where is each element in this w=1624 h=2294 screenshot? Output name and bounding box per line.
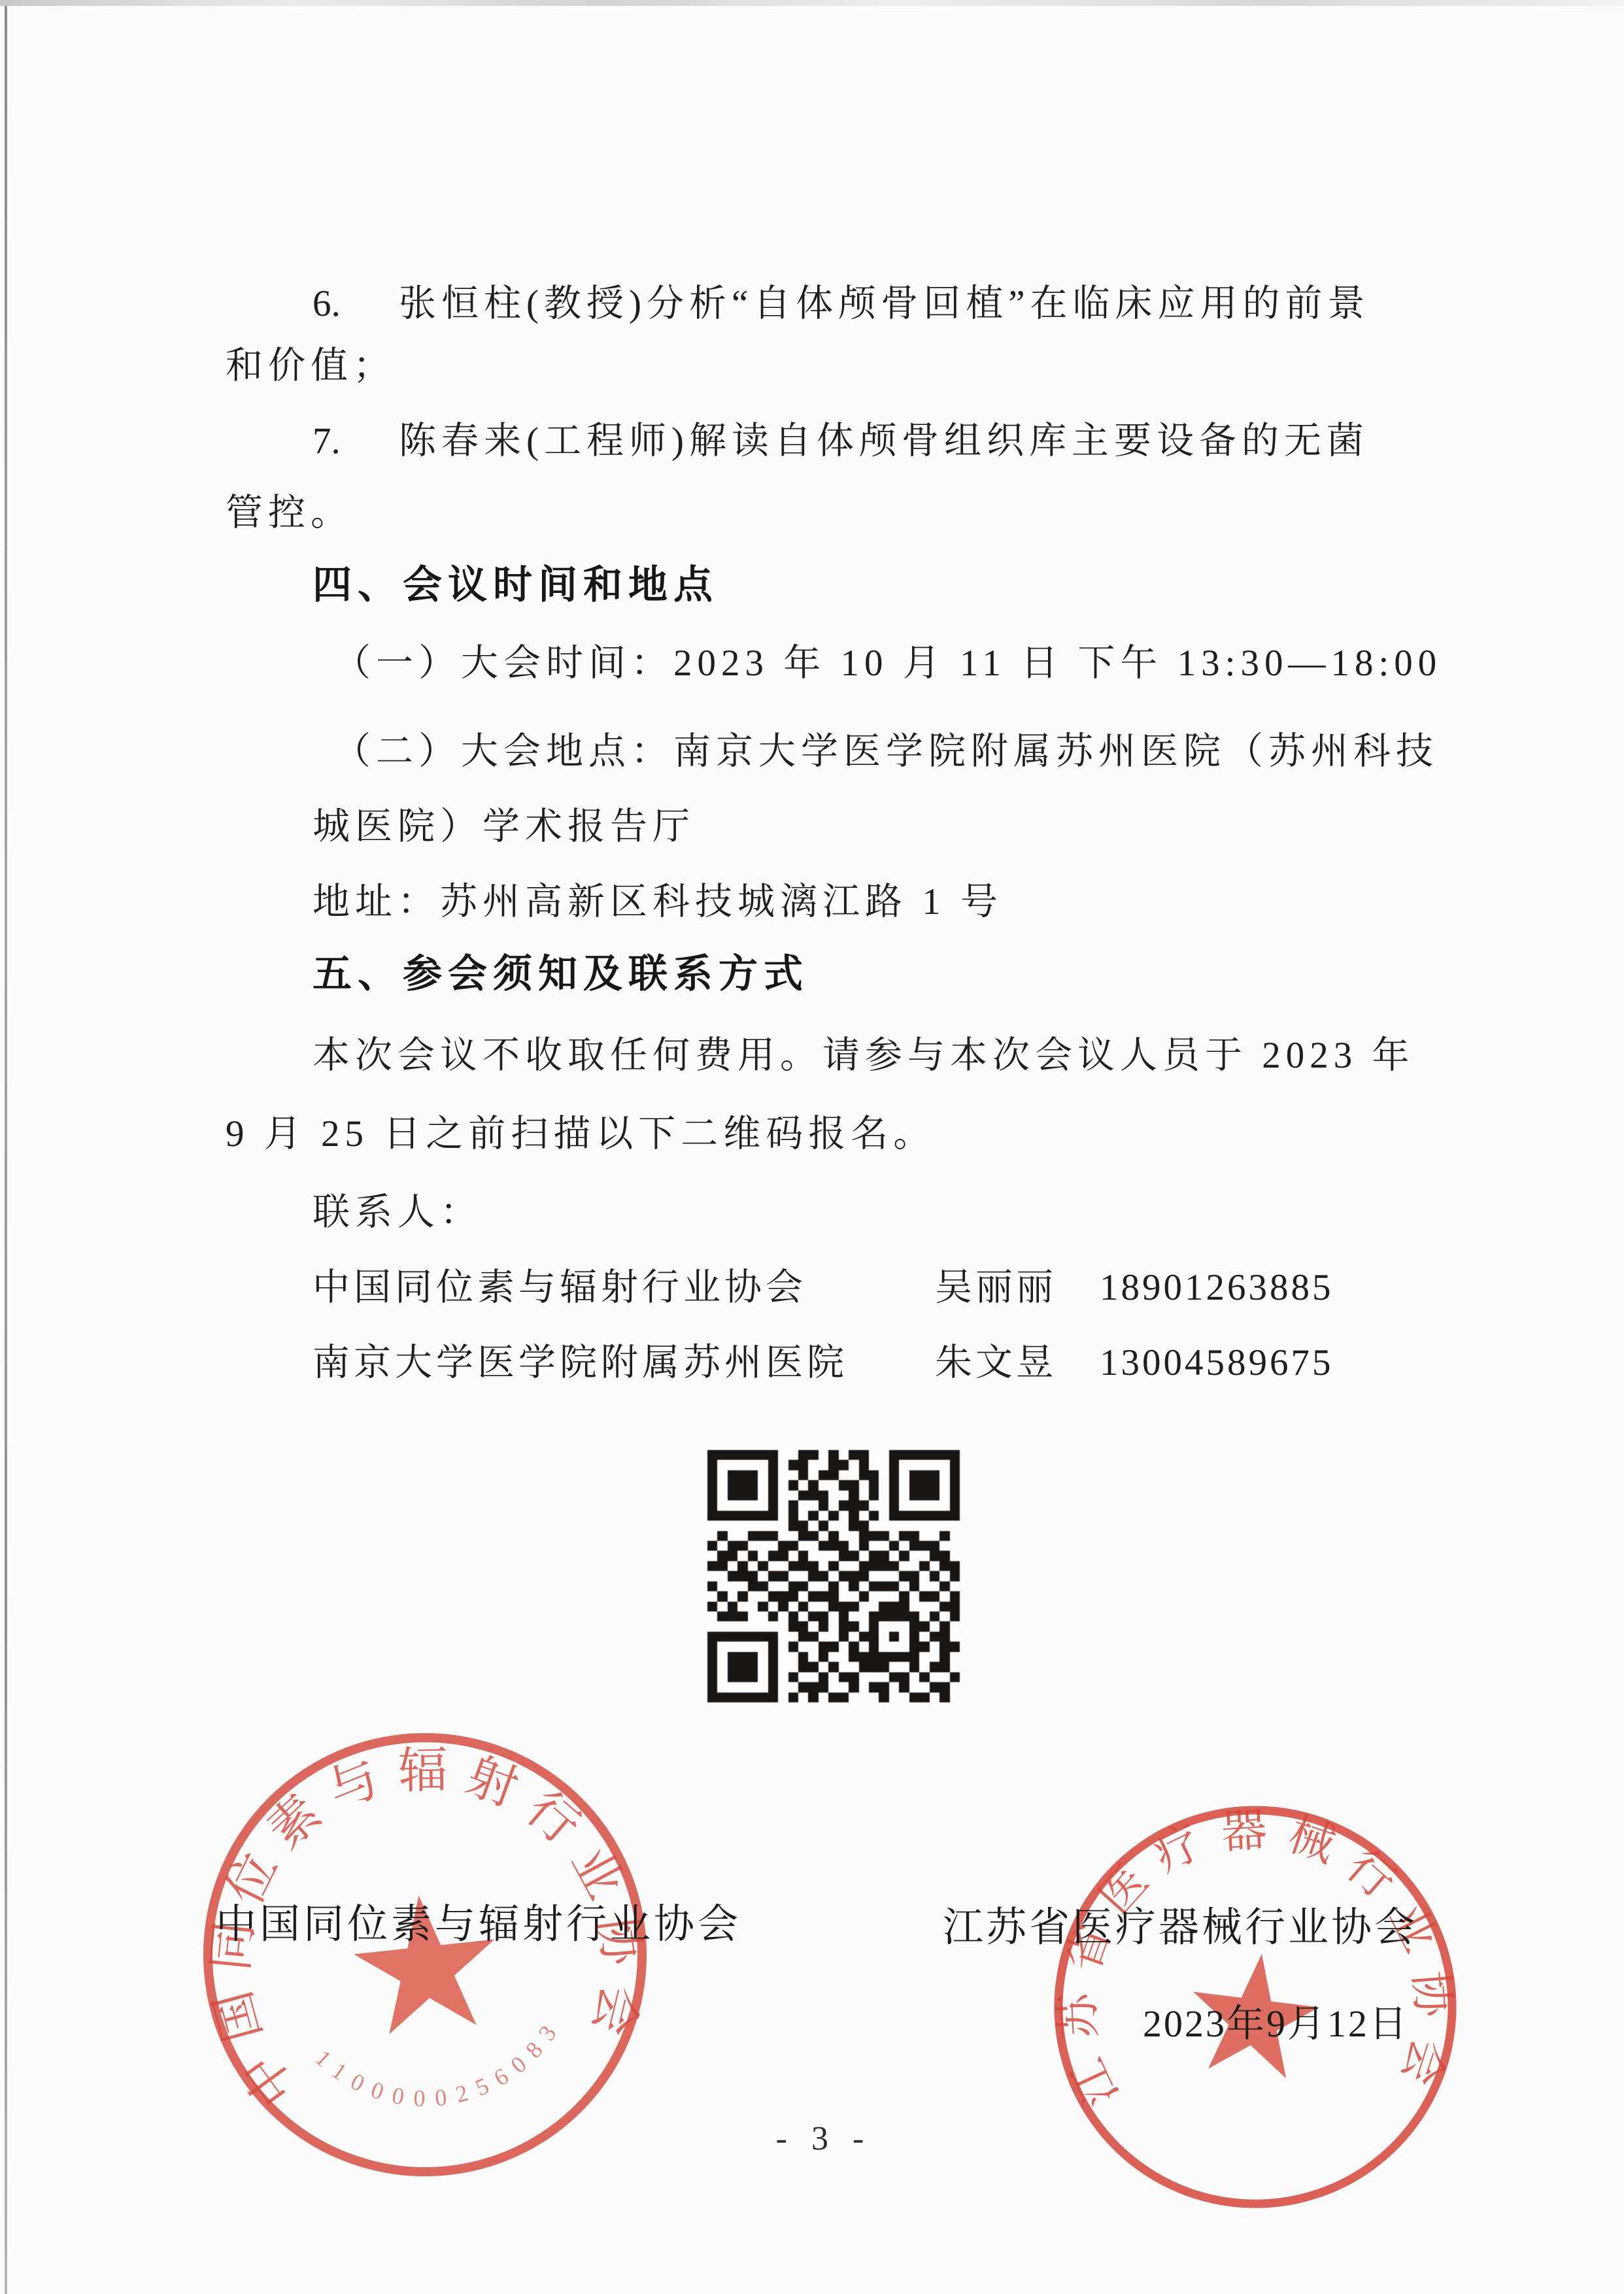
- contact-person-label: 联系人：: [313, 1190, 482, 1236]
- registration-note-line: 本次会议不收取任何费用。请参与本次会议人员于 2023 年: [313, 1033, 1415, 1079]
- signature-org-left: 中国同位素与辐射行业协会: [216, 1891, 741, 1949]
- address-line: 地址：苏州高新区科技城漓江路 1 号: [313, 879, 1003, 925]
- qr-grid: [707, 1450, 960, 1702]
- agenda-item-6-cont: 和价值；: [226, 343, 396, 389]
- agenda-item-text: 张恒柱(教授)分析“自体颅骨回植”在临床应用的前景: [399, 283, 1370, 324]
- registration-note-cont: 9 月 25 日之前扫描以下二维码报名。: [226, 1111, 936, 1157]
- contact-row: 中国同位素与辐射行业协会吴丽丽18901263885: [313, 1265, 1334, 1311]
- page-number: - 3 -: [732, 2119, 915, 2158]
- document-page: 6.张恒柱(教授)分析“自体颅骨回植”在临床应用的前景 和价值； 7.陈春来(工…: [0, 0, 1624, 2294]
- section-heading-notes-contact: 五、参会须知及联系方式: [313, 951, 809, 997]
- stamp-cirap-left: 中国同位素与辐射行业协会 1100000256083: [163, 1693, 687, 2217]
- scan-artifact-left: [5, 6, 7, 2294]
- contact-phone: 13004589675: [1100, 1340, 1334, 1386]
- agenda-item-text: 陈春来(工程师)解读自体颅骨组织库主要设备的无菌: [399, 420, 1369, 462]
- contact-org: 南京大学医学院附属苏州医院: [313, 1340, 935, 1386]
- agenda-item-6: 6.张恒柱(教授)分析“自体颅骨回植”在临床应用的前景: [313, 281, 1370, 327]
- meeting-place-line: （二）大会地点：南京大学医学院附属苏州医院（苏州科技: [333, 729, 1438, 775]
- contact-org: 中国同位素与辐射行业协会: [313, 1265, 935, 1311]
- stamp-serial-number: 1100000256083: [308, 2019, 567, 2124]
- agenda-item-7-cont: 管控。: [226, 490, 353, 536]
- section-heading-time-place: 四、会议时间和地点: [313, 562, 719, 608]
- contact-name: 朱文昱: [935, 1340, 1100, 1386]
- agenda-item-number: 7.: [313, 418, 399, 464]
- signature-date: 2023年9月12日: [1143, 1993, 1409, 2048]
- svg-text:1100000256083: 1100000256083: [308, 2019, 567, 2124]
- signature-org-right: 江苏省医疗器械行业协会: [943, 1895, 1417, 1953]
- agenda-item-number: 6.: [313, 281, 399, 327]
- registration-qr-code: [707, 1450, 960, 1702]
- agenda-item-7: 7.陈春来(工程师)解读自体颅骨组织库主要设备的无菌: [313, 418, 1369, 464]
- contact-phone: 18901263885: [1100, 1265, 1334, 1311]
- meeting-place-cont: 城医院）学术报告厅: [313, 804, 695, 850]
- scan-artifact-top: [0, 0, 1624, 6]
- meeting-time-line: （一）大会时间：2023 年 10 月 11 日 下午 13:30—18:00: [333, 641, 1442, 686]
- contact-row: 南京大学医学院附属苏州医院朱文昱13004589675: [313, 1340, 1334, 1386]
- contact-name: 吴丽丽: [935, 1265, 1100, 1311]
